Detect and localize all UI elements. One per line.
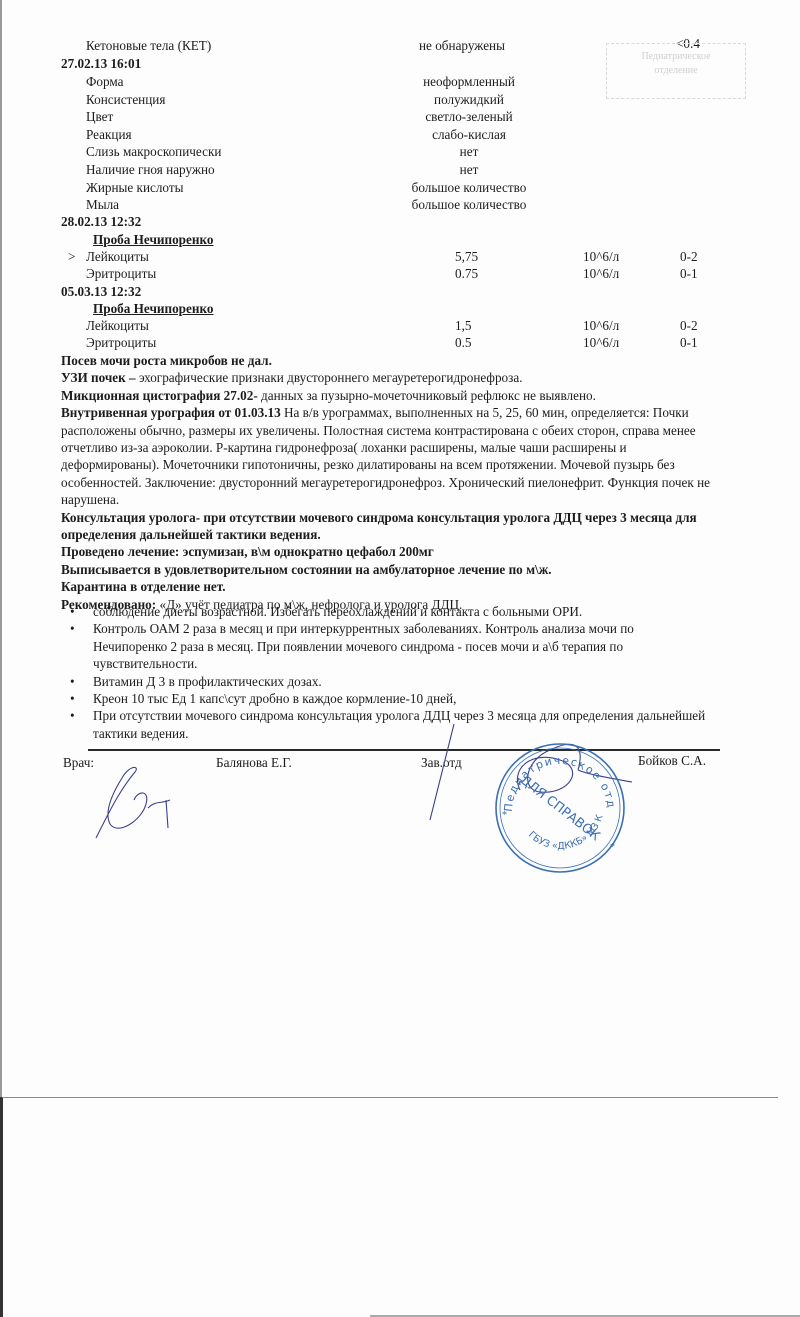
nech-param-value: 1,5 [455,317,471,334]
stool-param-name: Наличие гноя наружно [86,161,215,178]
recommendation-item: соблюдение диеты возрастной. Избегать пе… [61,603,711,620]
nech-param-unit: 10^6/л [583,248,619,265]
stool-param-value: большое количество [369,196,569,213]
recommendation-item: Контроль ОАМ 2 раза в месяц и при интерк… [61,620,711,672]
nech-param-name: Лейкоциты [86,248,149,265]
stool-param-value: слабо-кислая [369,126,569,143]
nech-param-value: 0.5 [455,334,471,351]
urologist-consult: Консультация уролога- при отсутствии моч… [61,509,711,544]
nech-param-unit: 10^6/л [583,317,619,334]
nech-param-name: Лейкоциты [86,317,149,334]
discharge-status: Выписывается в удовлетворительном состоя… [61,561,711,578]
recommendation-item: Витамин Д 3 в профилактических дозах. [61,673,711,690]
nech1-title: Проба Нечипоренко [93,231,213,248]
faint-stamp-imprint: Педиатрическое отделение [606,43,746,99]
findings-block: Посев мочи роста микробов не дал. УЗИ по… [61,352,711,613]
stool-param-name: Реакция [86,126,132,143]
ket-value: не обнаружены [419,37,505,54]
nech-param-value: 5,75 [455,248,478,265]
nech-param-unit: 10^6/л [583,265,619,282]
nech-param-ref: 0-2 [680,317,698,334]
stool-param-name: Цвет [86,108,113,125]
nech1-datetime: 28.02.13 12:32 [61,213,141,230]
treatment: Проведено лечение: эспумизан, в\м однокр… [61,543,711,560]
nech-param-name: Эритроциты [86,334,156,351]
nech-param-value: 0.75 [455,265,478,282]
stool-param-value: полужидкий [369,91,569,108]
stool-datetime: 27.02.13 16:01 [61,55,141,72]
nech-param-ref: 0-1 [680,334,698,351]
doctor-name: Балянова Е.Г. [216,754,292,771]
scan-edge [0,1097,3,1317]
nech-param-ref: 0-1 [680,265,698,282]
stamp-icon: Педиатрическое отделение ГБУЗ «ДККБ» МЗ … [492,740,628,876]
nech2-title: Проба Нечипоренко [93,300,213,317]
page-fold-line [2,1097,778,1098]
nech2-datetime: 05.03.13 12:32 [61,283,141,300]
quarantine-status: Карантина в отделение нет. [61,578,711,595]
culture-result: Посев мочи роста микробов не дал. [61,352,711,369]
recommendation-item: Креон 10 тыс Ед 1 капс\сут дробно в кажд… [61,690,711,707]
nech-param-name: Эритроциты [86,265,156,282]
stool-param-value: неоформленный [369,73,569,90]
abnormal-flag: > [68,248,75,265]
stool-param-value: светло-зеленый [369,108,569,125]
cystography-finding: Микционная цистография 27.02- данных за … [61,387,711,404]
stool-param-name: Слизь макроскопически [86,143,221,160]
nech-param-unit: 10^6/л [583,334,619,351]
page-edge [0,0,2,1097]
urography-finding: Внутривенная урография от 01.03.13 На в/… [61,404,711,508]
ket-name: Кетоновые тела (КЕТ) [86,37,211,54]
ultrasound-finding: УЗИ почек – эхографические признаки двус… [61,369,711,386]
stool-param-value: нет [369,143,569,160]
stool-param-name: Мыла [86,196,119,213]
svg-text:*: * [610,842,615,853]
stool-param-name: Консистенция [86,91,165,108]
svg-text:*: * [502,810,507,821]
nech-param-ref: 0-2 [680,248,698,265]
stool-param-value: большое количество [369,179,569,196]
stool-param-name: Форма [86,73,124,90]
stool-param-name: Жирные кислоты [86,179,183,196]
stool-param-value: нет [369,161,569,178]
